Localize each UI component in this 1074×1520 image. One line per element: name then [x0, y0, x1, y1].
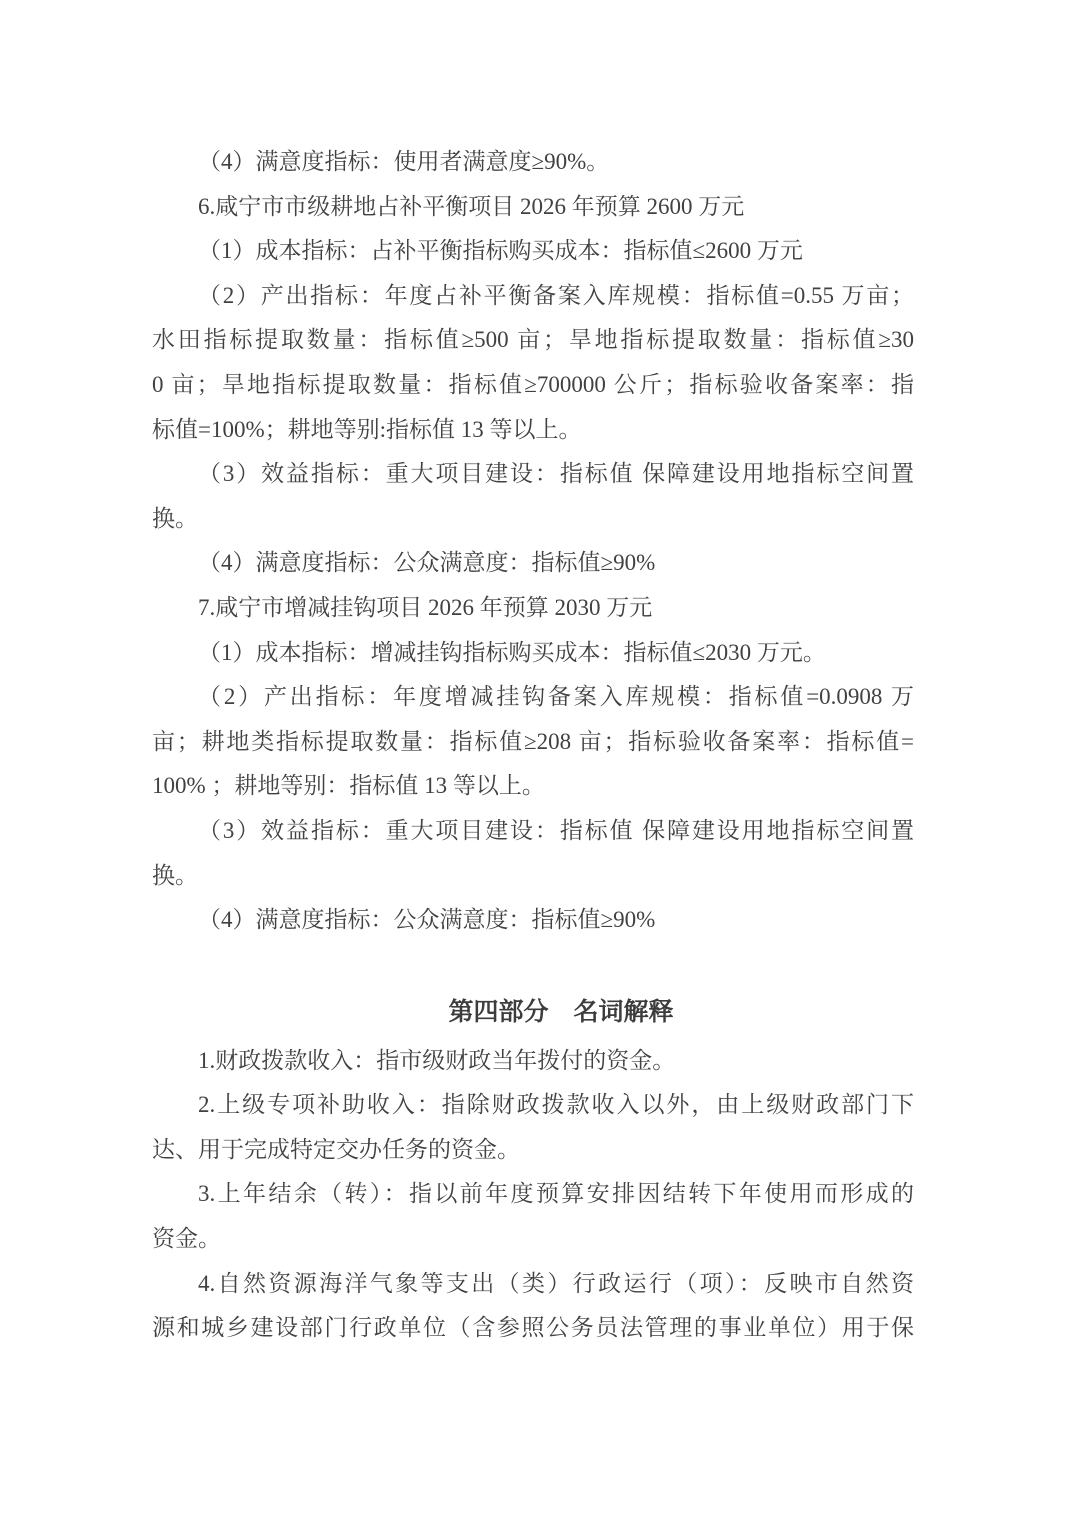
text-line: 换。 — [152, 497, 914, 542]
text-line: （4）满意度指标：使用者满意度≥90%。 — [152, 140, 914, 185]
text-line: 1.财政拨款收入：指市级财政当年拨付的资金。 — [152, 1039, 914, 1084]
text-block: （4）满意度指标：使用者满意度≥90%。6.咸宁市市级耕地占补平衡项目 2026… — [152, 140, 914, 1351]
text-line: （4）满意度指标：公众满意度：指标值≥90% — [152, 541, 914, 586]
text-line: （3）效益指标：重大项目建设：指标值 保障建设用地指标空间置 — [152, 452, 914, 497]
text-line: 标值=100%；耕地等别:指标值 13 等以上。 — [152, 408, 914, 453]
text-line: （2）产出指标：年度增减挂钩备案入库规模：指标值=0.0908 万 — [152, 675, 914, 720]
text-line: （1）成本指标：增减挂钩指标购买成本：指标值≤2030 万元。 — [152, 631, 914, 676]
text-line: 资金。 — [152, 1217, 914, 1262]
text-line: 7.咸宁市增减挂钩项目 2026 年预算 2030 万元 — [152, 586, 914, 631]
text-line: （2）产出指标：年度占补平衡备案入库规模：指标值=0.55 万亩； — [152, 274, 914, 319]
text-line: （1）成本指标：占补平衡指标购买成本：指标值≤2600 万元 — [152, 229, 914, 274]
text-line: 0 亩；旱地指标提取数量：指标值≥700000 公斤；指标验收备案率：指 — [152, 363, 914, 408]
text-line: 6.咸宁市市级耕地占补平衡项目 2026 年预算 2600 万元 — [152, 185, 914, 230]
text-line: （4）满意度指标：公众满意度：指标值≥90% — [152, 898, 914, 943]
text-line: 亩；耕地类指标提取数量：指标值≥208 亩；指标验收备案率：指标值= — [152, 720, 914, 765]
text-line: 达、用于完成特定交办任务的资金。 — [152, 1128, 914, 1173]
text-line: （3）效益指标：重大项目建设：指标值 保障建设用地指标空间置 — [152, 809, 914, 854]
text-line: 换。 — [152, 854, 914, 899]
text-line: 2.上级专项补助收入：指除财政拨款收入以外，由上级财政部门下 — [152, 1083, 914, 1128]
document-page: （4）满意度指标：使用者满意度≥90%。6.咸宁市市级耕地占补平衡项目 2026… — [0, 0, 1074, 1520]
text-line: 4.自然资源海洋气象等支出（类）行政运行（项）：反映市自然资 — [152, 1262, 914, 1307]
text-line: 源和城乡建设部门行政单位（含参照公务员法管理的事业单位）用于保 — [152, 1306, 914, 1351]
section-heading: 第四部分 名词解释 — [152, 987, 914, 1037]
text-line: 3.上年结余（转）：指以前年度预算安排因结转下年使用而形成的 — [152, 1172, 914, 1217]
text-line: 100% ；耕地等别：指标值 13 等以上。 — [152, 764, 914, 809]
text-line: 水田指标提取数量：指标值≥500 亩；旱地指标提取数量：指标值≥30 — [152, 318, 914, 363]
